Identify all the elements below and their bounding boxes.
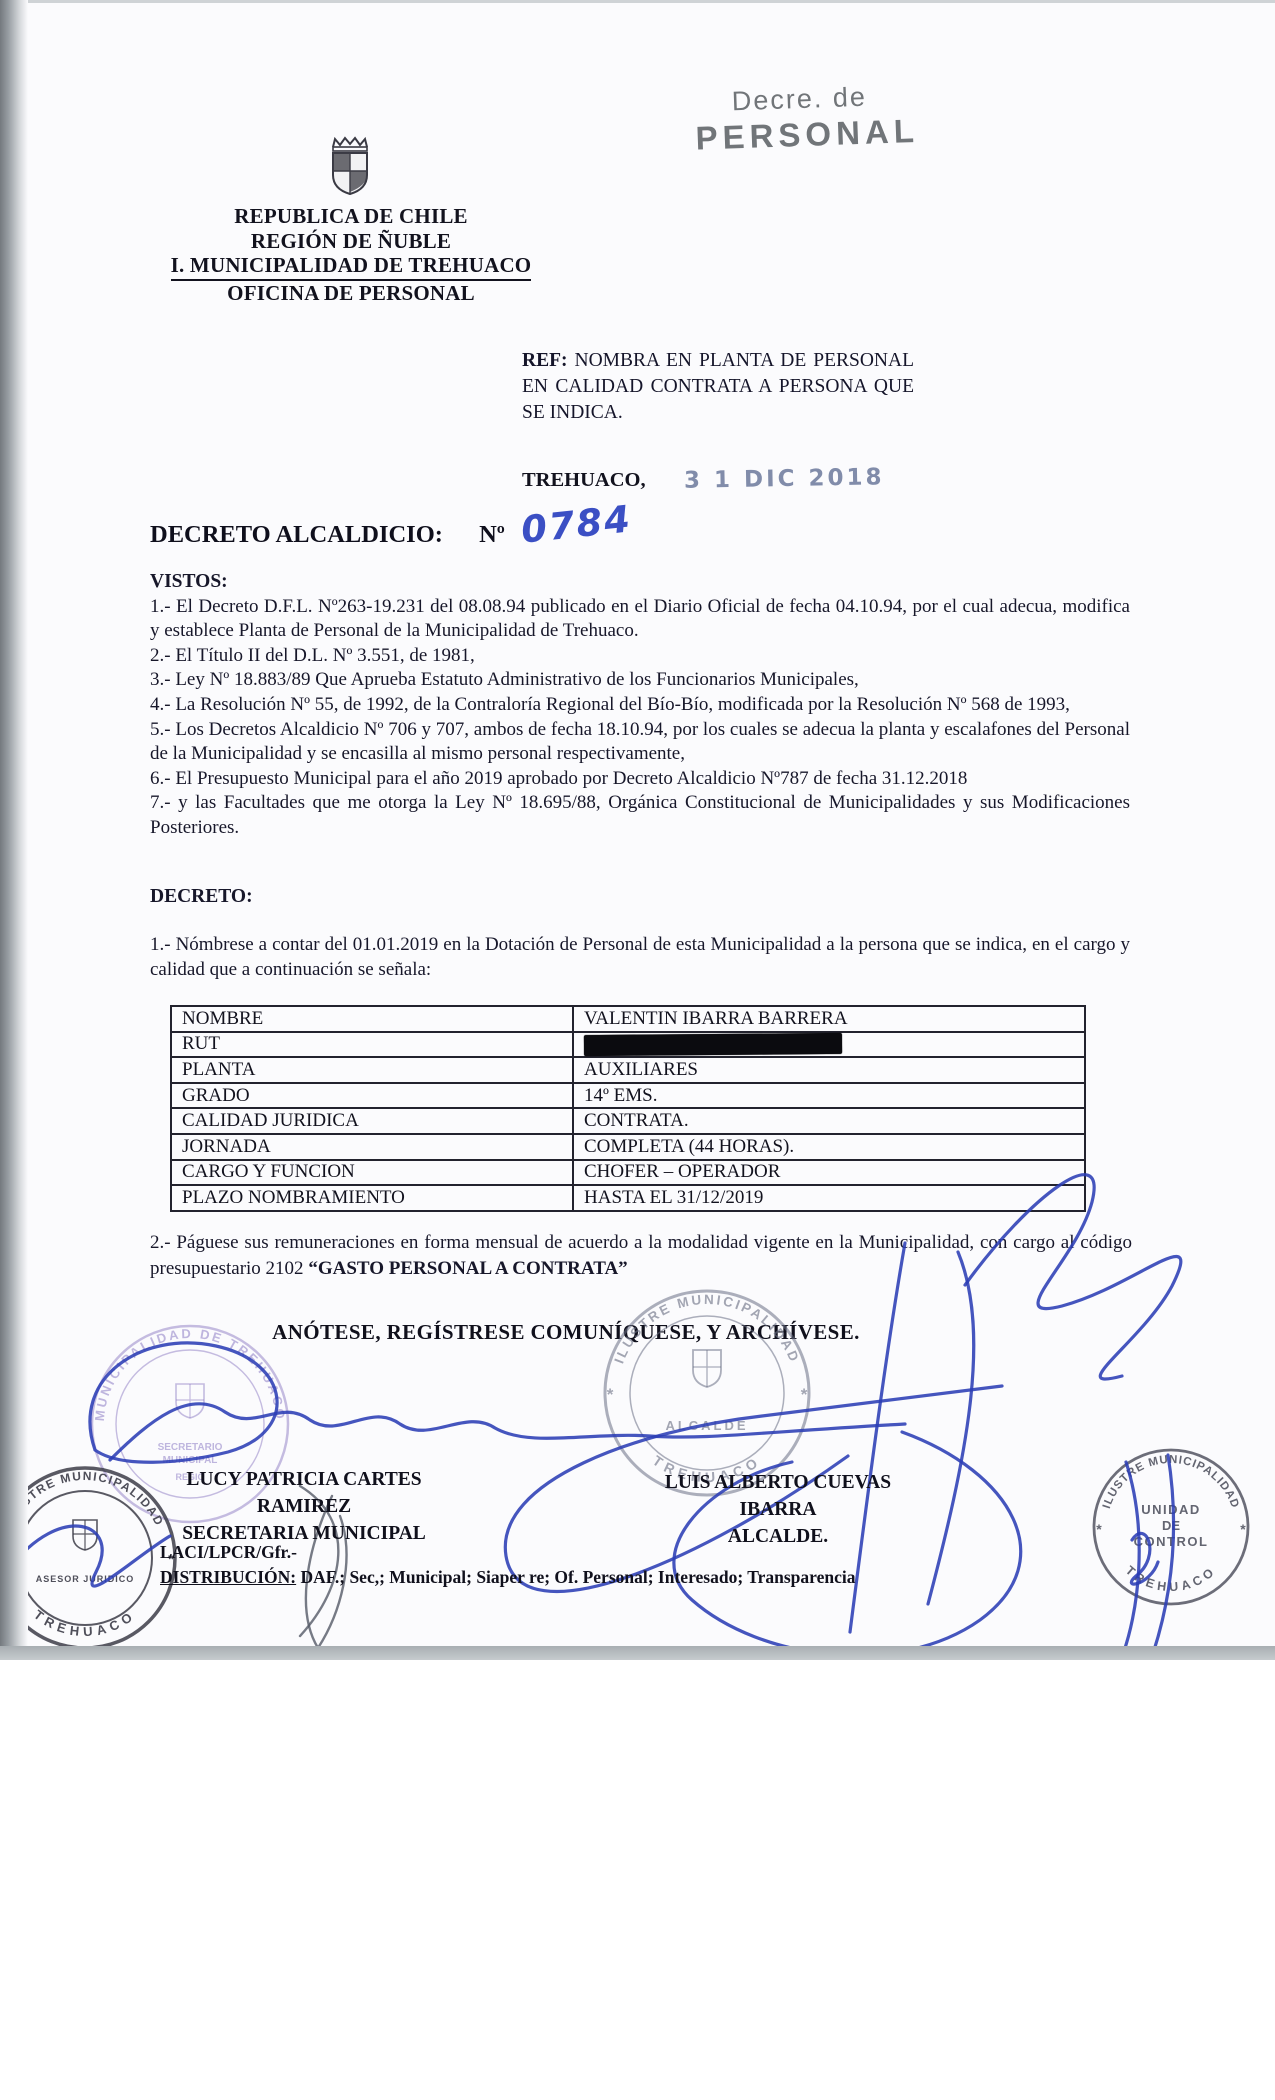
- svg-text:TREHUACO: TREHUACO: [1123, 1563, 1220, 1594]
- paper-bottom-edge: [0, 1646, 1275, 1660]
- row-value: 14º EMS.: [573, 1083, 1085, 1109]
- municipal-coat-of-arms: [320, 134, 380, 200]
- letterhead-municipality: I. MUNICIPALIDAD DE TREHUACO: [171, 253, 532, 281]
- decreto-paragraph-1: 1.- Nómbrese a contar del 01.01.2019 en …: [150, 932, 1130, 982]
- ref-subject: REF: NOMBRA EN PLANTA DE PERSONAL EN CAL…: [522, 348, 914, 426]
- signature-block-secretaria: LUCY PATRICIA CARTES RAMIREZ SECRETARIA …: [158, 1466, 450, 1547]
- row-value: [573, 1032, 1085, 1058]
- row-label: GRADO: [171, 1083, 573, 1109]
- scanned-document-page: REPUBLICA DE CHILE REGIÓN DE ÑUBLE I. MU…: [0, 0, 1275, 1660]
- table-row: PLANTA AUXILIARES: [171, 1057, 1085, 1083]
- stamp-star-left: *: [1096, 1521, 1102, 1537]
- signer-name: LUCY PATRICIA CARTES RAMIREZ: [158, 1466, 450, 1520]
- stamp-center-text: DE: [1162, 1518, 1180, 1533]
- decree-title-label: DECRETO ALCALDICIO:: [150, 521, 443, 548]
- handwritten-decree-number: 0784: [519, 497, 634, 551]
- appointment-table: NOMBRE VALENTIN IBARRA BARRERA RUT PLANT…: [170, 1005, 1086, 1212]
- table-row: PLAZO NOMBRAMIENTO HASTA EL 31/12/2019: [171, 1185, 1085, 1211]
- row-value: COMPLETA (44 HORAS).: [573, 1134, 1085, 1160]
- unidad-de-control-stamp: ILUSTRE MUNICIPALIDAD TREHUACO UNIDAD DE…: [1086, 1442, 1256, 1612]
- personnel-decree-stamp-line2: PERSONAL: [695, 112, 906, 157]
- row-label: PLANTA: [171, 1057, 573, 1083]
- stamp-center-text: ASESOR JURIDICO: [36, 1574, 135, 1584]
- vistos-heading: VISTOS:: [150, 570, 1130, 595]
- table-row: CARGO Y FUNCION CHOFER – OPERADOR: [171, 1160, 1085, 1186]
- vistos-item: 3.- Ley Nº 18.883/89 Que Aprueba Estatut…: [150, 668, 1130, 693]
- stamp-star-left: *: [607, 1385, 614, 1404]
- distribution-label: DISTRIBUCIÓN:: [160, 1567, 296, 1587]
- ref-label: REF:: [522, 350, 568, 371]
- decreto-paragraph-2: 2.- Páguese sus remuneraciones en forma …: [150, 1230, 1132, 1281]
- decree-number-prefix: Nº: [479, 521, 505, 548]
- paragraph-2-text: 2.- Páguese sus remuneraciones en forma …: [150, 1232, 1132, 1279]
- dateline: TREHUACO, 3 1 DIC 2018: [522, 466, 884, 492]
- signer-name: LUIS ALBERTO CUEVAS IBARRA: [626, 1469, 930, 1523]
- row-label: RUT: [171, 1032, 573, 1058]
- table-row: NOMBRE VALENTIN IBARRA BARRERA: [171, 1006, 1085, 1032]
- signature-alcalde: [928, 1252, 974, 1604]
- distribution-line: DISTRIBUCIÓN: DAF.; Sec,; Municipal; Sia…: [160, 1565, 855, 1590]
- row-label: NOMBRE: [171, 1006, 573, 1032]
- stamp-center-text: CONTROL: [1134, 1534, 1209, 1549]
- vistos-item: 7.- y las Facultades que me otorga la Le…: [150, 791, 1130, 840]
- signature-secretaria: [90, 1343, 277, 1462]
- letterhead-country: REPUBLICA DE CHILE: [165, 204, 537, 229]
- distribution-list: DAF.; Sec,; Municipal; Siaper re; Of. Pe…: [296, 1567, 855, 1587]
- signature-secretaria: [110, 1404, 905, 1460]
- signature-alcalde: [850, 1243, 905, 1632]
- row-value: CONTRATA.: [573, 1108, 1085, 1134]
- table-row: RUT: [171, 1032, 1085, 1058]
- row-label: CALIDAD JURIDICA: [171, 1108, 573, 1134]
- table-row: CALIDAD JURIDICA CONTRATA.: [171, 1108, 1085, 1134]
- decreto-heading: DECRETO:: [150, 886, 253, 908]
- row-value: AUXILIARES: [573, 1057, 1085, 1083]
- stamp-ring-text: TREHUACO: [31, 1607, 139, 1640]
- redaction-bar: [584, 1033, 842, 1056]
- table-row: JORNADA COMPLETA (44 HORAS).: [171, 1134, 1085, 1160]
- row-value: HASTA EL 31/12/2019: [573, 1185, 1085, 1211]
- decree-title: DECRETO ALCALDICIO: Nº 0784: [150, 508, 632, 551]
- stamp-center-text: MUNICIPAL: [163, 1455, 218, 1466]
- letterhead: REPUBLICA DE CHILE REGIÓN DE ÑUBLE I. MU…: [165, 204, 537, 305]
- stamp-ring-text: ILUSTRE MUNICIPALIDAD: [1101, 1454, 1241, 1510]
- svg-text:TREHUACO: TREHUACO: [31, 1607, 139, 1640]
- vistos-section: VISTOS: 1.- El Decreto D.F.L. Nº263-19.2…: [150, 570, 1130, 841]
- signature-on-control-stamp: [1148, 1455, 1174, 1660]
- svg-text:ILUSTRE MUNICIPALIDAD: ILUSTRE MUNICIPALIDAD: [1101, 1454, 1241, 1510]
- stamp-star-right: *: [801, 1385, 808, 1404]
- vistos-item: 1.- El Decreto D.F.L. Nº263-19.231 del 0…: [150, 595, 1130, 644]
- signature-block-alcalde: LUIS ALBERTO CUEVAS IBARRA ALCALDE.: [626, 1469, 930, 1550]
- letterhead-region: REGIÓN DE ÑUBLE: [165, 229, 537, 254]
- row-label: CARGO Y FUNCION: [171, 1160, 573, 1186]
- stamp-ring-text: TREHUACO: [1123, 1563, 1220, 1594]
- row-value: CHOFER – OPERADOR: [573, 1160, 1085, 1186]
- stamp-star-right: *: [1240, 1521, 1246, 1537]
- vistos-item: 2.- El Título II del D.L. Nº 3.551, de 1…: [150, 644, 1130, 669]
- signature-on-control-stamp: [1131, 1533, 1158, 1584]
- row-value: VALENTIN IBARRA BARRERA: [573, 1006, 1085, 1032]
- document-footer: LACI/LPCR/Gfr.- DISTRIBUCIÓN: DAF.; Sec,…: [160, 1540, 855, 1590]
- signature-on-control-stamp: [1120, 1462, 1139, 1660]
- drafting-initials: LACI/LPCR/Gfr.-: [160, 1540, 855, 1565]
- vistos-item: 5.- Los Decretos Alcaldicio Nº 706 y 707…: [150, 718, 1130, 767]
- scanner-edge-left: [0, 0, 28, 1660]
- row-label: PLAZO NOMBRAMIENTO: [171, 1185, 573, 1211]
- table-row: GRADO 14º EMS.: [171, 1083, 1085, 1109]
- stamp-center-text: SECRETARIO: [158, 1442, 223, 1453]
- row-label: JORNADA: [171, 1134, 573, 1160]
- letterhead-office: OFICINA DE PERSONAL: [165, 281, 537, 306]
- date-stamp: 3 1 DIC 2018: [683, 464, 884, 493]
- dateline-place: TREHUACO,: [522, 469, 646, 491]
- vistos-item: 6.- El Presupuesto Municipal para el año…: [150, 767, 1130, 792]
- closing-formula: ANÓTESE, REGÍSTRESE COMUNÍQUESE, Y ARCHÍ…: [150, 1320, 982, 1345]
- ref-text: NOMBRA EN PLANTA DE PERSONAL EN CALIDAD …: [522, 350, 914, 423]
- budget-code-label: “GASTO PERSONAL A CONTRATA”: [308, 1258, 627, 1279]
- vistos-item: 4.- La Resolución Nº 55, de 1992, de la …: [150, 693, 1130, 718]
- signature-on-asesor-stamp: [10, 1526, 170, 1586]
- stamp-center-text: UNIDAD: [1141, 1502, 1201, 1517]
- scanner-edge-top: [0, 0, 1275, 3]
- personnel-decree-stamp: Decre. de PERSONAL: [694, 80, 906, 157]
- stamp-center-text: ALCALDE: [665, 1418, 748, 1433]
